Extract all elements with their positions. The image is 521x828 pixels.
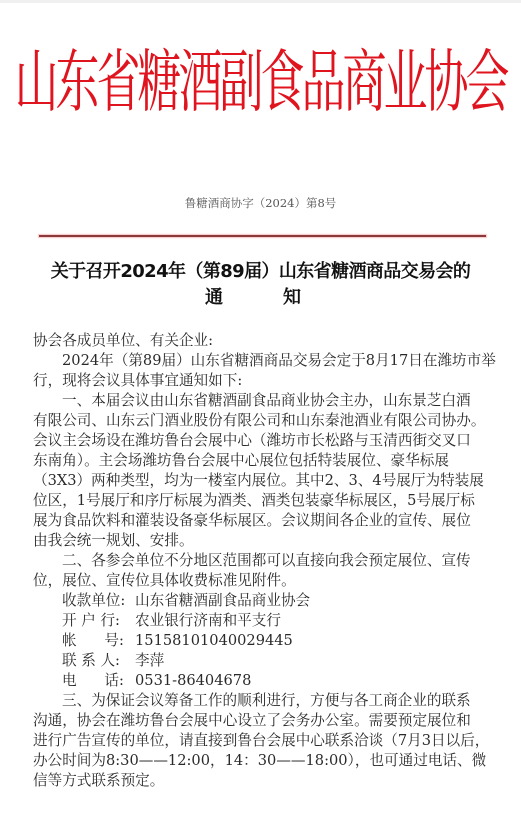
paragraph-line: 行，现将会议具体事宜通知如下: [33, 371, 485, 391]
paragraph-line: 一、本届会议由山东省糖酒副食品商业协会主办，山东景芝白酒 [33, 391, 485, 411]
paragraph-line: 东南角）。主会场潍坊鲁台会展中心展位包括特装展位、豪华标展 [33, 451, 485, 471]
paragraph-line: 信等方式联系预定。 [33, 771, 485, 791]
paragraph-line: 会议主会场设在潍坊鲁台会展中心（潍坊市长松路与玉清西街交叉口 [33, 431, 485, 451]
paragraph-line: 位区，1号展厅和序厅标展为酒类、酒类包装豪华标展区，5号展厅标 [33, 491, 485, 511]
account-label: 帐 号: [62, 631, 135, 651]
contact-row: 联 系 人:李萍 [33, 651, 485, 671]
paragraph-line: 展为食品饮料和灌装设备豪华标展区。会议期间各企业的宣传、展位 [33, 511, 485, 531]
notice-title-char-zhi: 知 [283, 285, 301, 311]
notice-title-line2: 通 知 [0, 285, 521, 311]
top-edge-shade [0, 0, 521, 3]
paragraph-line: 由我会统一规划、安排。 [33, 531, 485, 551]
phone-value: 0531-86404678 [135, 672, 251, 689]
paragraph-line: （3X3）两种类型，均为一楼室内展位。其中2、3、4号展厅为特装展 [33, 471, 485, 491]
paragraph-line: 进行广告宣传的单位，请直接到鲁台会展中心联系洽谈（7月3日以后， [33, 731, 485, 751]
bank-row: 开 户 行:农业银行济南和平支行 [33, 611, 485, 631]
organization-letterhead: 山东省糖酒副食品商业协会 [0, 13, 521, 156]
phone-label: 电 话: [62, 671, 135, 691]
notice-title-line1: 关于召开2024年（第89届）山东省糖酒商品交易会的 [0, 259, 521, 285]
contact-value: 李萍 [135, 652, 164, 669]
paragraph-line: 办公时间为8:30——12:00，14：30——18:00），也可通过电话、微 [33, 751, 485, 771]
salutation: 协会各成员单位、有关企业: [33, 331, 485, 351]
payee-label: 收款单位: [62, 591, 135, 611]
bank-label: 开 户 行: [62, 611, 135, 631]
phone-row: 电 话:0531-86404678 [33, 671, 485, 691]
paragraph-line: 二、各参会单位不分地区范围都可以直接向我会预定展位、宣传 [33, 551, 485, 571]
notice-body: 协会各成员单位、有关企业: 2024年（第89届）山东省糖酒商品交易会定于8月1… [33, 331, 485, 791]
paragraph-line: 2024年（第89届）山东省糖酒商品交易会定于8月17日在潍坊市举 [33, 351, 485, 371]
account-value: 15158101040029445 [135, 632, 293, 649]
notice-title-char-tong: 通 [205, 285, 223, 311]
paragraph-line: 有限公司、山东云门酒业股份有限公司和山东秦池酒业有限公司协办。 [33, 411, 485, 431]
paragraph-line: 位，展位、宣传位具体收费标准见附件。 [33, 571, 485, 591]
payee-value: 山东省糖酒副食品商业协会 [135, 592, 310, 609]
document-page: 山东省糖酒副食品商业协会 鲁糖酒商协字（2024）第8号 关于召开2024年（第… [0, 0, 521, 828]
payee-row: 收款单位:山东省糖酒副食品商业协会 [33, 591, 485, 611]
account-row: 帐 号:15158101040029445 [33, 631, 485, 651]
notice-title: 关于召开2024年（第89届）山东省糖酒商品交易会的 通 知 [0, 259, 521, 311]
paragraph-line: 沟通，协会在潍坊鲁台会展中心设立了会务办公室。需要预定展位和 [33, 711, 485, 731]
paragraph-line: 三、为保证会议筹备工作的顺利进行，方便与各工商企业的联系 [33, 691, 485, 711]
letterhead-divider [39, 235, 486, 237]
bank-value: 农业银行济南和平支行 [135, 612, 281, 629]
contact-label: 联 系 人: [62, 651, 135, 671]
document-number: 鲁糖酒商协字（2024）第8号 [0, 195, 521, 211]
